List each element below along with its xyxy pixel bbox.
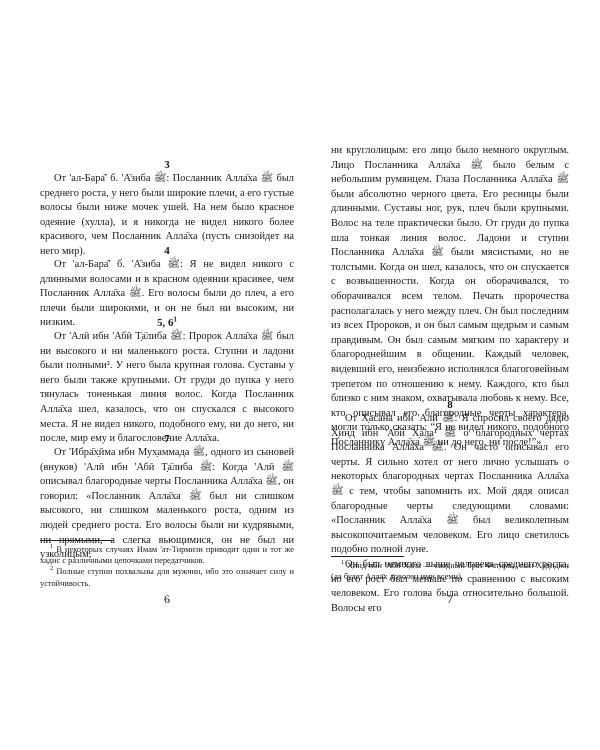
footnotes-area: 1 Х̣инд ибн 'Абӣ Х̣а̄ла — сводный брат Ф… bbox=[331, 556, 569, 582]
section-5-6: 5, 61 От 'Алӣ ибн 'Абӣ Т̣а̄либа ﷺ: Проро… bbox=[40, 316, 294, 447]
footnote-rule bbox=[331, 556, 404, 557]
footnote-rule bbox=[40, 540, 113, 541]
footnote-mark: 1 bbox=[341, 559, 344, 566]
section-heading: 5, 61 bbox=[40, 316, 294, 330]
footnote-mark: 2 bbox=[50, 566, 53, 573]
footnotes-area: 1 В некоторых случаях Имам 'ат-Тирмизи п… bbox=[40, 540, 294, 589]
footnote-text: В некоторых случаях Имам 'ат-Тирмизи при… bbox=[40, 545, 294, 565]
footnote-2: 2 Полные ступни похвальны для мужчин, иб… bbox=[40, 566, 294, 588]
footnotes: 1 Х̣инд ибн 'Абӣ Х̣а̄ла — сводный брат Ф… bbox=[331, 560, 569, 582]
page-number: 6 bbox=[40, 592, 294, 607]
section-8: 8 От Х̣асана ибн 'Алӣ ﷺ: Я спросил своег… bbox=[331, 398, 569, 616]
section-heading: 8 bbox=[331, 398, 569, 412]
footnote-text: Х̣инд ибн 'Абӣ Х̣а̄ла — сводный брат Фа̄… bbox=[331, 561, 569, 581]
left-page: 3 От 'ал-Бара̄' б. 'А̄зиба ﷺ: Посланник … bbox=[40, 0, 294, 750]
footnote-mark: 1 bbox=[50, 543, 53, 550]
footnote-1: 1 В некоторых случаях Имам 'ат-Тирмизи п… bbox=[40, 544, 294, 566]
footnote-ref: 1 bbox=[174, 315, 178, 323]
footnote-1: 1 Х̣инд ибн 'Абӣ Х̣а̄ла — сводный брат Ф… bbox=[331, 560, 569, 582]
paragraph: От Х̣асана ибн 'Алӣ ﷺ: Я спросил своего … bbox=[331, 412, 569, 558]
right-page: ни круглолицым: его лицо было немного ок… bbox=[331, 0, 569, 750]
footnote-text: Полные ступни похвальны для мужчин, ибо … bbox=[40, 567, 294, 587]
paragraph: От 'Алӣ ибн 'Абӣ Т̣а̄либа ﷺ: Пророк Алла… bbox=[40, 330, 294, 447]
page-number: 7 bbox=[331, 592, 569, 607]
section-heading: 3 bbox=[40, 158, 294, 172]
section-heading: 7 bbox=[40, 432, 294, 446]
section-heading: 4 bbox=[40, 244, 294, 258]
heading-text: 5, 6 bbox=[157, 317, 174, 329]
footnotes: 1 В некоторых случаях Имам 'ат-Тирмизи п… bbox=[40, 544, 294, 589]
